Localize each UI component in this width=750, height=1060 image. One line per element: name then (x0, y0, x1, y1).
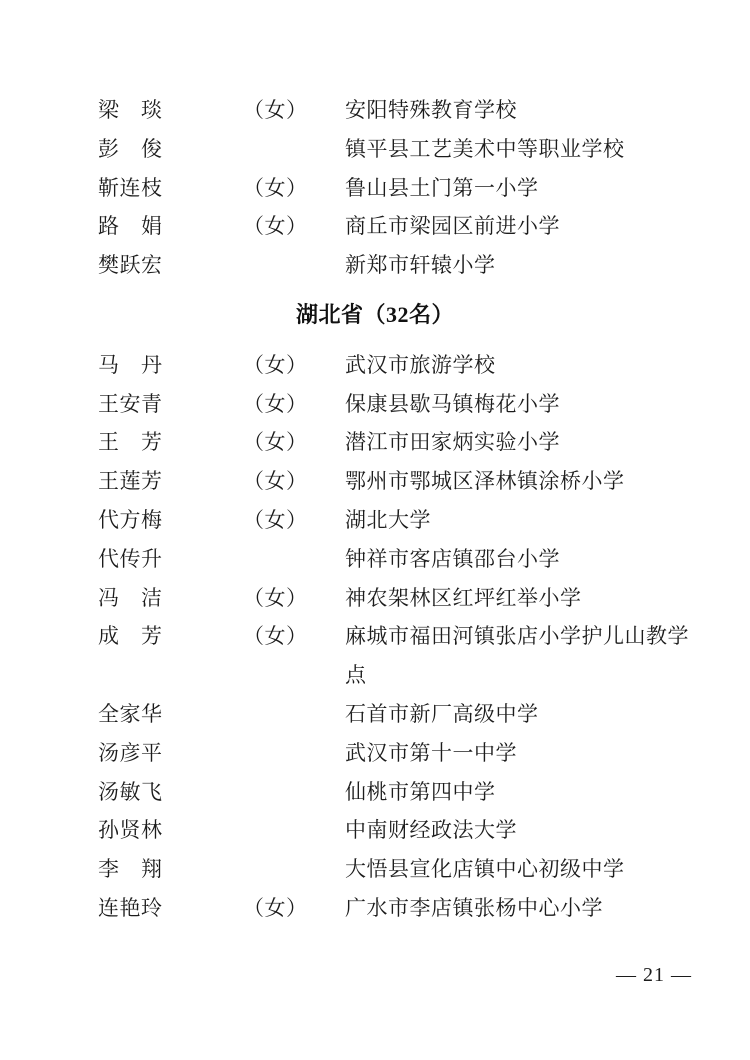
person-row: 代传升 钟祥市客店镇邵台小学 (0, 540, 750, 579)
school-line: 中南财经政法大学 (345, 811, 745, 850)
gender-label: （女） (243, 207, 345, 246)
person-row: 马 丹 （女） 武汉市旅游学校 (0, 346, 750, 385)
school-name: 鄂州市鄂城区泽林镇涂桥小学 (345, 462, 745, 501)
person-row: 汤彦平 武汉市第十一中学 (0, 734, 750, 773)
school-line: 保康县歇马镇梅花小学 (345, 385, 745, 424)
person-name: 马 丹 (98, 346, 243, 385)
person-name: 汤彦平 (98, 734, 243, 773)
person-name: 李 翔 (98, 850, 243, 889)
person-name: 代传升 (98, 540, 243, 579)
school-line: 潜江市田家炳实验小学 (345, 423, 745, 462)
school-name: 钟祥市客店镇邵台小学 (345, 540, 745, 579)
school-name: 武汉市旅游学校 (345, 346, 745, 385)
school-line: 新郑市轩辕小学 (345, 246, 745, 285)
person-name: 孙贤林 (98, 811, 243, 850)
school-name: 大悟县宣化店镇中心初级中学 (345, 850, 745, 889)
person-name: 连艳玲 (98, 889, 243, 928)
person-row: 梁 琰 （女） 安阳特殊教育学校 (0, 91, 750, 130)
gender-label: （女） (243, 617, 345, 656)
school-name: 仙桃市第四中学 (345, 773, 745, 812)
person-name: 王莲芳 (98, 462, 243, 501)
school-name: 商丘市梁园区前进小学 (345, 207, 745, 246)
person-name: 路 娟 (98, 207, 243, 246)
gender-label: （女） (243, 346, 345, 385)
gender-label: （女） (243, 169, 345, 208)
person-name: 王 芳 (98, 423, 243, 462)
school-name: 新郑市轩辕小学 (345, 246, 745, 285)
school-name: 武汉市第十一中学 (345, 734, 745, 773)
gender-label: （女） (243, 501, 345, 540)
school-line: 神农架林区红坪红举小学 (345, 579, 745, 618)
person-name: 梁 琰 (98, 91, 243, 130)
gender-label: （女） (243, 91, 345, 130)
person-name: 王安青 (98, 385, 243, 424)
school-line: 镇平县工艺美术中等职业学校 (345, 130, 745, 169)
person-row: 王 芳 （女） 潜江市田家炳实验小学 (0, 423, 750, 462)
person-row: 彭 俊 镇平县工艺美术中等职业学校 (0, 130, 750, 169)
person-name: 彭 俊 (98, 130, 243, 169)
gender-label: （女） (243, 889, 345, 928)
school-name: 鲁山县土门第一小学 (345, 169, 745, 208)
school-name: 中南财经政法大学 (345, 811, 745, 850)
school-line: 武汉市旅游学校 (345, 346, 745, 385)
person-row: 王莲芳 （女） 鄂州市鄂城区泽林镇涂桥小学 (0, 462, 750, 501)
school-line: 鄂州市鄂城区泽林镇涂桥小学 (345, 462, 745, 501)
person-name: 代方梅 (98, 501, 243, 540)
school-name: 潜江市田家炳实验小学 (345, 423, 745, 462)
page-number: — 21 — (616, 964, 692, 986)
school-name: 镇平县工艺美术中等职业学校 (345, 130, 745, 169)
school-line: 麻城市福田河镇张店小学护儿山教学 (345, 617, 745, 656)
school-name: 广水市李店镇张杨中心小学 (345, 889, 745, 928)
person-row: 冯 洁 （女） 神农架林区红坪红举小学 (0, 579, 750, 618)
person-name: 冯 洁 (98, 579, 243, 618)
school-line: 广水市李店镇张杨中心小学 (345, 889, 745, 928)
document-page: 梁 琰 （女） 安阳特殊教育学校 彭 俊 镇平县工艺美术中等职业学校 靳连枝 （… (0, 0, 750, 1060)
person-row: 王安青 （女） 保康县歇马镇梅花小学 (0, 385, 750, 424)
person-row: 全家华 石首市新厂高级中学 (0, 695, 750, 734)
school-name: 湖北大学 (345, 501, 745, 540)
person-row: 靳连枝 （女） 鲁山县土门第一小学 (0, 169, 750, 208)
person-name: 汤敏飞 (98, 773, 243, 812)
school-line: 仙桃市第四中学 (345, 773, 745, 812)
person-row: 孙贤林 中南财经政法大学 (0, 811, 750, 850)
person-name: 全家华 (98, 695, 243, 734)
gender-label: （女） (243, 423, 345, 462)
school-name: 保康县歇马镇梅花小学 (345, 385, 745, 424)
person-row: 连艳玲 （女） 广水市李店镇张杨中心小学 (0, 889, 750, 928)
gender-label: （女） (243, 462, 345, 501)
person-name: 成 芳 (98, 617, 243, 656)
person-row: 樊跃宏 新郑市轩辕小学 (0, 246, 750, 285)
school-name: 神农架林区红坪红举小学 (345, 579, 745, 618)
person-name: 靳连枝 (98, 169, 243, 208)
person-row: 代方梅 （女） 湖北大学 (0, 501, 750, 540)
person-row: 汤敏飞 仙桃市第四中学 (0, 773, 750, 812)
section-header-hubei: 湖北省（32名） (0, 296, 750, 335)
school-line: 商丘市梁园区前进小学 (345, 207, 745, 246)
school-line: 石首市新厂高级中学 (345, 695, 745, 734)
page-content: 梁 琰 （女） 安阳特殊教育学校 彭 俊 镇平县工艺美术中等职业学校 靳连枝 （… (0, 91, 750, 928)
person-row: 路 娟 （女） 商丘市梁园区前进小学 (0, 207, 750, 246)
school-line: 钟祥市客店镇邵台小学 (345, 540, 745, 579)
school-name: 麻城市福田河镇张店小学护儿山教学 点 (345, 617, 745, 695)
school-line: 武汉市第十一中学 (345, 734, 745, 773)
school-line: 大悟县宣化店镇中心初级中学 (345, 850, 745, 889)
person-row: 成 芳 （女） 麻城市福田河镇张店小学护儿山教学 点 (0, 617, 750, 695)
person-row: 李 翔 大悟县宣化店镇中心初级中学 (0, 850, 750, 889)
school-line: 鲁山县土门第一小学 (345, 169, 745, 208)
gender-label: （女） (243, 579, 345, 618)
school-name: 石首市新厂高级中学 (345, 695, 745, 734)
gender-label: （女） (243, 385, 345, 424)
school-line-continued: 点 (345, 656, 745, 695)
school-name: 安阳特殊教育学校 (345, 91, 745, 130)
person-name: 樊跃宏 (98, 246, 243, 285)
school-line: 安阳特殊教育学校 (345, 91, 745, 130)
school-line: 湖北大学 (345, 501, 745, 540)
